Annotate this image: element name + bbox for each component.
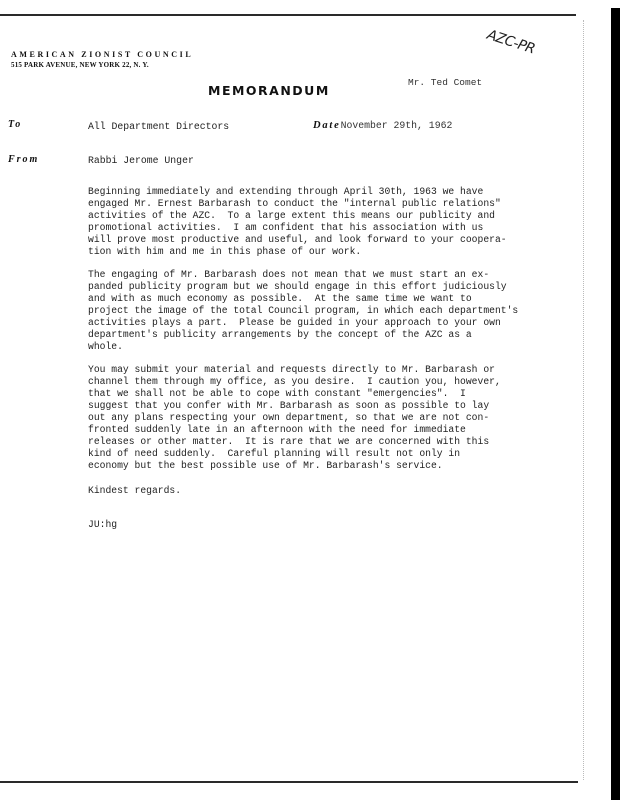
date-value: November 29th, 1962 xyxy=(341,120,453,131)
paragraph-3: You may submit your material and request… xyxy=(88,364,528,472)
page-edge xyxy=(583,20,585,780)
cc-recipient: Mr. Ted Comet xyxy=(408,77,482,88)
scan-border xyxy=(611,8,620,800)
bottom-rule xyxy=(0,781,578,783)
from-value: Rabbi Jerome Unger xyxy=(88,155,194,166)
reference-initials: JU:hg xyxy=(88,519,528,531)
closing: Kindest regards. xyxy=(88,485,528,497)
date-label: Date xyxy=(313,120,341,131)
date-field: DateNovember 29th, 1962 xyxy=(313,115,452,133)
organization-address: 515 PARK AVENUE, NEW YORK 22, N. Y. xyxy=(11,60,193,70)
from-label: From xyxy=(8,154,39,165)
top-rule xyxy=(0,14,576,16)
memo-body: Beginning immediately and extending thro… xyxy=(88,186,528,531)
to-value: All Department Directors xyxy=(88,121,229,132)
handwritten-note: AZC-PR xyxy=(485,27,537,57)
paragraph-2: The engaging of Mr. Barbarash does not m… xyxy=(88,269,528,353)
to-label: To xyxy=(8,119,22,130)
organization-name: AMERICAN ZIONIST COUNCIL xyxy=(11,50,193,60)
paragraph-1: Beginning immediately and extending thro… xyxy=(88,186,528,258)
memo-title: MEMORANDUM xyxy=(208,83,330,98)
letterhead: AMERICAN ZIONIST COUNCIL 515 PARK AVENUE… xyxy=(11,50,193,70)
